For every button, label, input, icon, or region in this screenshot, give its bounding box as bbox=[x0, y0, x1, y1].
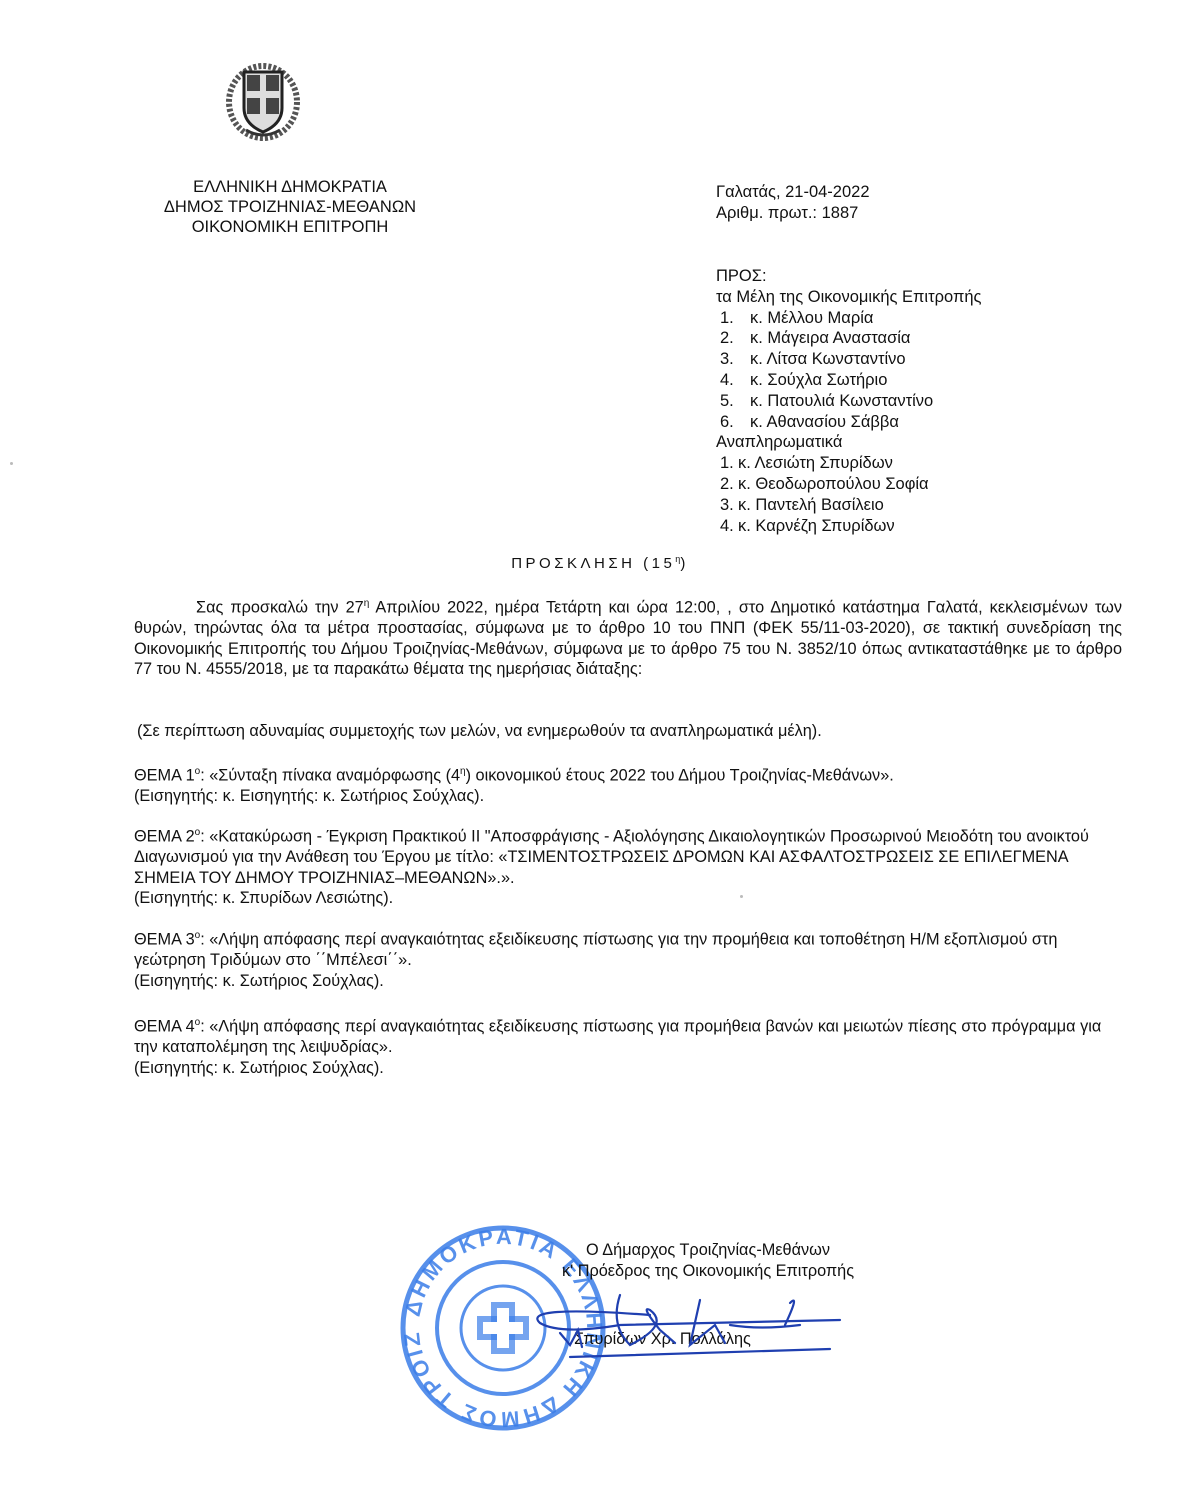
member-name: κ. Αθανασίου Σάββα bbox=[750, 412, 899, 433]
member-item: 6.κ. Αθανασίου Σάββα bbox=[716, 412, 981, 433]
signatory-role-2: κ' Πρόεδρος της Οικονομικής Επιτροπής bbox=[538, 1261, 878, 1282]
agenda-topic: ΘΕΜΑ 3ο: «Λήψη απόφασης περί αναγκαιότητ… bbox=[134, 926, 1124, 991]
alternate-number: 1. bbox=[716, 453, 738, 474]
recipients-subheading: τα Μέλη της Οικονομικής Επιτροπής bbox=[716, 287, 981, 308]
member-name: κ. Πατουλιά Κωνσταντίνο bbox=[750, 391, 933, 412]
member-item: 2.κ. Μάγειρα Αναστασία bbox=[716, 328, 981, 349]
document-title: ΠΡΟΣΚΛΗΣΗ (15η) bbox=[0, 554, 1200, 572]
member-number: 4. bbox=[716, 370, 750, 391]
topic-text: ΘΕΜΑ 1ο: «Σύνταξη πίνακα αναμόρφωσης (4η… bbox=[134, 762, 1124, 786]
issuer-line-3: ΟΙΚΟΝΟΜΙΚΗ ΕΠΙΤΡΟΠΗ bbox=[120, 217, 460, 237]
alternates-heading: Αναπληρωματικά bbox=[716, 432, 981, 453]
members-list: 1.κ. Μέλλου Μαρία2.κ. Μάγειρα Αναστασία3… bbox=[716, 308, 981, 433]
agenda-topic: ΘΕΜΑ 1ο: «Σύνταξη πίνακα αναμόρφωσης (4η… bbox=[134, 762, 1124, 807]
member-number: 2. bbox=[716, 328, 750, 349]
member-number: 1. bbox=[716, 308, 750, 329]
alternate-number: 2. bbox=[716, 474, 738, 495]
scan-speck bbox=[740, 895, 743, 898]
alternate-number: 4. bbox=[716, 516, 738, 537]
recipients-heading: ΠΡΟΣ: bbox=[716, 266, 981, 287]
member-item: 5.κ. Πατουλιά Κωνσταντίνο bbox=[716, 391, 981, 412]
member-item: 1.κ. Μέλλου Μαρία bbox=[716, 308, 981, 329]
alternates-list: 1.κ. Λεσιώτη Σπυρίδων2.κ. Θεοδωροπούλου … bbox=[716, 453, 981, 536]
signatory-role-1: Ο Δήμαρχος Τροιζηνίας-Μεθάνων bbox=[538, 1240, 878, 1261]
recipients-block: ΠΡΟΣ: τα Μέλη της Οικονομικής Επιτροπής … bbox=[716, 266, 981, 536]
issuer-line-2: ΔΗΜΟΣ ΤΡΟΙΖΗΝΙΑΣ-ΜΕΘΑΝΩΝ bbox=[120, 197, 460, 217]
agenda-topic: ΘΕΜΑ 2ο: «Κατακύρωση - Έγκριση Πρακτικού… bbox=[134, 823, 1124, 909]
agenda-topic: ΘΕΜΑ 4ο: «Λήψη απόφασης περί αναγκαιότητ… bbox=[134, 1013, 1124, 1078]
topic-rapporteur: (Εισηγητής: κ. Σωτήριος Σούχλας). bbox=[134, 971, 1124, 992]
alternate-name: κ. Θεοδωροπούλου Σοφία bbox=[738, 474, 929, 495]
member-number: 3. bbox=[716, 349, 750, 370]
invitation-paragraph: Σας προσκαλώ την 27η Απριλίου 2022, ημέρ… bbox=[134, 594, 1122, 680]
member-item: 3.κ. Λίτσα Κωνσταντίνο bbox=[716, 349, 981, 370]
place-date: Γαλατάς, 21-04-2022 bbox=[716, 182, 870, 203]
alternate-name: κ. Παντελή Βασίλειο bbox=[738, 495, 884, 516]
alternate-item: 4.κ. Καρνέζη Σπυρίδων bbox=[716, 516, 981, 537]
member-name: κ. Μάγειρα Αναστασία bbox=[750, 328, 910, 349]
member-name: κ. Σούχλα Σωτήριο bbox=[750, 370, 887, 391]
alternate-item: 3.κ. Παντελή Βασίλειο bbox=[716, 495, 981, 516]
issuer-block: ΕΛΛΗΝΙΚΗ ΔΗΜΟΚΡΑΤΙΑ ΔΗΜΟΣ ΤΡΟΙΖΗΝΙΑΣ-ΜΕΘ… bbox=[120, 177, 460, 237]
issuer-line-1: ΕΛΛΗΝΙΚΗ ΔΗΜΟΚΡΑΤΙΑ bbox=[120, 177, 460, 197]
member-name: κ. Μέλλου Μαρία bbox=[750, 308, 873, 329]
alternates-note: (Σε περίπτωση αδυναμίας συμμετοχής των μ… bbox=[137, 721, 822, 742]
coat-of-arms-icon bbox=[226, 58, 300, 142]
alternate-name: κ. Λεσιώτη Σπυρίδων bbox=[738, 453, 893, 474]
topic-text: ΘΕΜΑ 2ο: «Κατακύρωση - Έγκριση Πρακτικού… bbox=[134, 823, 1124, 888]
alternate-item: 1.κ. Λεσιώτη Σπυρίδων bbox=[716, 453, 981, 474]
member-number: 6. bbox=[716, 412, 750, 433]
topic-rapporteur: (Εισηγητής: κ. Σωτήριος Σούχλας). bbox=[134, 1058, 1124, 1079]
topic-rapporteur: (Εισηγητής: κ. Εισηγητής: κ. Σωτήριος Σο… bbox=[134, 786, 1124, 807]
title-text: ΠΡΟΣΚΛΗΣΗ bbox=[511, 555, 635, 572]
topic-text: ΘΕΜΑ 4ο: «Λήψη απόφασης περί αναγκαιότητ… bbox=[134, 1013, 1124, 1058]
member-number: 5. bbox=[716, 391, 750, 412]
scan-speck bbox=[10, 462, 13, 465]
title-number: (15η) bbox=[643, 555, 689, 572]
topic-rapporteur: (Εισηγητής: κ. Σπυρίδων Λεσιώτης). bbox=[134, 888, 1124, 909]
handwritten-signature-icon bbox=[500, 1285, 850, 1375]
alternate-item: 2.κ. Θεοδωροπούλου Σοφία bbox=[716, 474, 981, 495]
member-item: 4.κ. Σούχλα Σωτήριο bbox=[716, 370, 981, 391]
alternate-name: κ. Καρνέζη Σπυρίδων bbox=[738, 516, 895, 537]
alternate-number: 3. bbox=[716, 495, 738, 516]
date-protocol-block: Γαλατάς, 21-04-2022 Αριθμ. πρωτ.: 1887 bbox=[716, 182, 870, 224]
protocol-number: Αριθμ. πρωτ.: 1887 bbox=[716, 203, 870, 224]
member-name: κ. Λίτσα Κωνσταντίνο bbox=[750, 349, 906, 370]
topic-text: ΘΕΜΑ 3ο: «Λήψη απόφασης περί αναγκαιότητ… bbox=[134, 926, 1124, 971]
